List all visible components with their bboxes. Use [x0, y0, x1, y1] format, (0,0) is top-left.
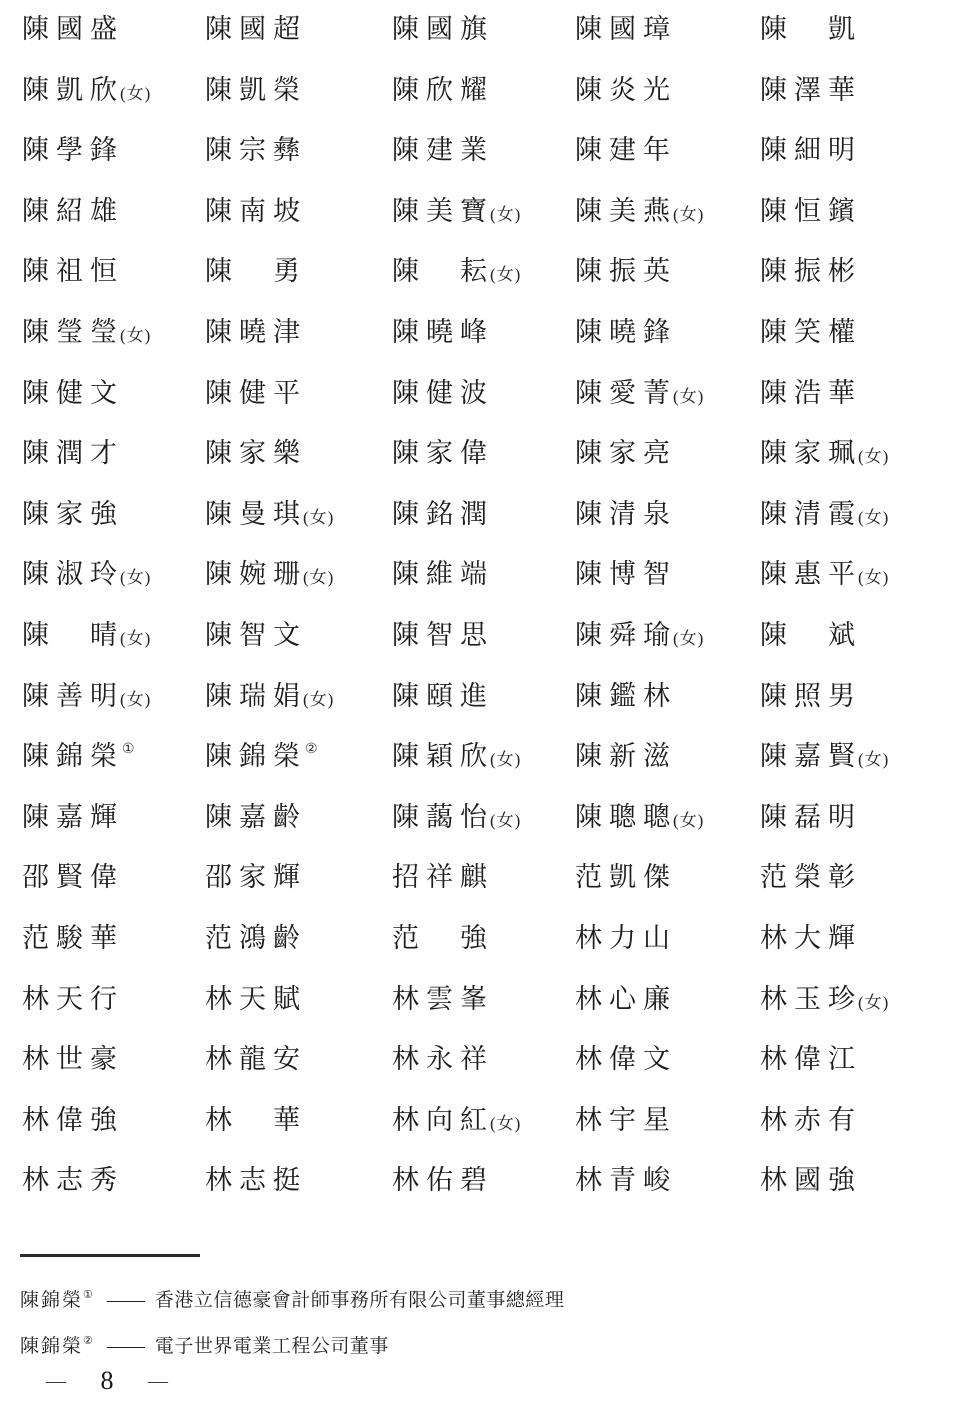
- name-cell: 陳家樂: [205, 440, 307, 467]
- person-name: 林偉江: [760, 1044, 862, 1074]
- person-name: 陳聰聰: [575, 802, 677, 832]
- name-cell: 陳維端: [392, 561, 494, 588]
- person-name: 陳家樂: [205, 438, 307, 468]
- name-cell: 林國強: [760, 1167, 862, 1194]
- gender-suffix: (女): [858, 447, 889, 466]
- gender-suffix: (女): [490, 265, 521, 284]
- person-name: 林大輝: [760, 923, 862, 953]
- gender-suffix: (女): [303, 690, 334, 709]
- footnote-dash: ——: [107, 1290, 145, 1311]
- person-name: 陳清霞: [760, 499, 862, 529]
- name-cell: 陳新滋: [575, 743, 677, 770]
- gender-suffix: (女): [673, 629, 704, 648]
- person-name: 陳健文: [22, 378, 124, 408]
- name-cell: 林天行: [22, 986, 124, 1013]
- name-cell: 陳學鋒: [22, 137, 124, 164]
- person-name: 陳新滋: [575, 741, 677, 771]
- gender-suffix: (女): [120, 568, 151, 587]
- footnote-text: 香港立信德豪會計師事務所有限公司董事總經理: [155, 1290, 565, 1311]
- person-name: 陳錦榮: [22, 741, 124, 771]
- person-name: 陳國盛: [22, 14, 124, 44]
- person-name: 林佑碧: [392, 1165, 494, 1195]
- name-cell: 陳曼琪(女): [205, 501, 334, 528]
- person-name: 林心廉: [575, 984, 677, 1014]
- person-name: 陳學鋒: [22, 135, 124, 165]
- person-name: 邵賢偉: [22, 862, 124, 892]
- person-name: 陳愛菁: [575, 378, 677, 408]
- gender-suffix: (女): [120, 84, 151, 103]
- name-cell: 陳澤華: [760, 77, 862, 104]
- person-name: 林國強: [760, 1165, 862, 1195]
- person-name: 陳家偉: [392, 438, 494, 468]
- person-name: 陳炎光: [575, 75, 677, 105]
- name-cell: 招祥麒: [392, 864, 494, 891]
- person-name: 林赤有: [760, 1105, 862, 1135]
- person-name: 陳銘潤: [392, 499, 494, 529]
- name-cell: 林天賦: [205, 986, 307, 1013]
- gender-suffix: (女): [303, 568, 334, 587]
- name-cell: 陳嘉賢(女): [760, 743, 889, 770]
- name-cell: 陳曉津: [205, 319, 307, 346]
- name-cell: 陳細明: [760, 137, 862, 164]
- person-name: 陳瑞娟: [205, 681, 307, 711]
- name-cell: 林心廉: [575, 986, 677, 1013]
- name-cell: 陳穎欣(女): [392, 743, 521, 770]
- person-name: 陳磊明: [760, 802, 862, 832]
- name-cell: 林志秀: [22, 1167, 124, 1194]
- person-name: 陳嘉輝: [22, 802, 124, 832]
- person-name: 陳紹雄: [22, 196, 124, 226]
- person-name: 陳維端: [392, 559, 494, 589]
- name-cell: 陳惠平(女): [760, 561, 889, 588]
- person-name: 陳 晴: [22, 620, 124, 650]
- person-name: 陳智思: [392, 620, 494, 650]
- name-cell: 陳愛菁(女): [575, 380, 704, 407]
- gender-suffix: (女): [490, 811, 521, 830]
- name-cell: 林赤有: [760, 1107, 862, 1134]
- name-cell: 陳南坡: [205, 198, 307, 225]
- name-cell: 林力山: [575, 925, 677, 952]
- person-name: 陳鑑林: [575, 681, 677, 711]
- name-cell: 陳欣耀: [392, 77, 494, 104]
- name-cell: 陳鑑林: [575, 683, 677, 710]
- name-cell: 林世豪: [22, 1046, 124, 1073]
- person-name: 陳曼琪: [205, 499, 307, 529]
- name-cell: 陳潤才: [22, 440, 124, 467]
- person-name: 林志秀: [22, 1165, 124, 1195]
- person-name: 陳國旗: [392, 14, 494, 44]
- name-cell: 陳家偉: [392, 440, 494, 467]
- person-name: 陳家強: [22, 499, 124, 529]
- name-cell: 陳銘潤: [392, 501, 494, 528]
- person-name: 陳南坡: [205, 196, 307, 226]
- name-cell: 范 強: [392, 925, 494, 952]
- person-name: 林天行: [22, 984, 124, 1014]
- person-name: 陳欣耀: [392, 75, 494, 105]
- person-name: 范駿華: [22, 923, 124, 953]
- name-cell: 陳曉峰: [392, 319, 494, 346]
- person-name: 陳潤才: [22, 438, 124, 468]
- gender-suffix: (女): [858, 993, 889, 1012]
- person-name: 林天賦: [205, 984, 307, 1014]
- footnotes: 陳錦榮①——香港立信德豪會計師事務所有限公司董事總經理 陳錦榮②——電子世界電業…: [20, 1254, 940, 1367]
- person-name: 林雲峯: [392, 984, 494, 1014]
- name-cell: 林龍安: [205, 1046, 307, 1073]
- name-cell: 陳國盛: [22, 16, 124, 43]
- person-name: 陳家亮: [575, 438, 677, 468]
- person-name: 陳笑權: [760, 317, 862, 347]
- person-name: 林青峻: [575, 1165, 677, 1195]
- gender-suffix: (女): [120, 629, 151, 648]
- name-cell: 陳清霞(女): [760, 501, 889, 528]
- name-cell: 陳凱榮: [205, 77, 307, 104]
- name-cell: 陳磊明: [760, 804, 862, 831]
- name-cell: 陳祖恒: [22, 258, 124, 285]
- page-number-footer: — 8 —: [46, 1366, 168, 1396]
- name-ref-mark: ②: [305, 742, 318, 757]
- name-cell: 范駿華: [22, 925, 124, 952]
- person-name: 陳博智: [575, 559, 677, 589]
- person-name: 范榮彰: [760, 862, 862, 892]
- name-cell: 陳健平: [205, 380, 307, 407]
- name-cell: 陳瑞娟(女): [205, 683, 334, 710]
- page-dash-right: —: [148, 1370, 168, 1393]
- name-cell: 陳嘉齡: [205, 804, 307, 831]
- person-name: 陳瑩瑩: [22, 317, 124, 347]
- name-cell: 林偉強: [22, 1107, 124, 1134]
- person-name: 林力山: [575, 923, 677, 953]
- name-cell: 邵賢偉: [22, 864, 124, 891]
- name-cell: 陳健波: [392, 380, 494, 407]
- footnote-line: 陳錦榮①——香港立信德豪會計師事務所有限公司董事總經理: [20, 1275, 940, 1321]
- person-name: 陳浩華: [760, 378, 862, 408]
- name-cell: 陳建年: [575, 137, 677, 164]
- person-name: 陳建年: [575, 135, 677, 165]
- person-name: 陳照男: [760, 681, 862, 711]
- name-cell: 林青峻: [575, 1167, 677, 1194]
- gender-suffix: (女): [120, 690, 151, 709]
- person-name: 陳婉珊: [205, 559, 307, 589]
- person-name: 招祥麒: [392, 862, 494, 892]
- name-cell: 陳 耘(女): [392, 258, 521, 285]
- person-name: 范鴻齡: [205, 923, 307, 953]
- name-cell: 林大輝: [760, 925, 862, 952]
- person-name: 陳清泉: [575, 499, 677, 529]
- name-cell: 林偉江: [760, 1046, 862, 1073]
- person-name: 陳錦榮: [205, 741, 307, 771]
- person-name: 林龍安: [205, 1044, 307, 1074]
- person-name: 陳善明: [22, 681, 124, 711]
- name-cell: 陳 勇: [205, 258, 307, 285]
- name-cell: 陳錦榮②: [205, 743, 318, 770]
- name-cell: 陳錦榮①: [22, 743, 135, 770]
- name-cell: 邵家輝: [205, 864, 307, 891]
- footnote-person-name: 陳錦榮: [20, 1336, 83, 1357]
- person-name: 陳國璋: [575, 14, 677, 44]
- gender-suffix: (女): [490, 205, 521, 224]
- name-cell: 陳婉珊(女): [205, 561, 334, 588]
- footnote-ref-mark: ①: [83, 1289, 93, 1301]
- name-cell: 陳凱欣(女): [22, 77, 151, 104]
- person-name: 陳凱榮: [205, 75, 307, 105]
- name-cell: 陳 斌: [760, 622, 862, 649]
- name-cell: 陳笑權: [760, 319, 862, 346]
- person-name: 陳淑玲: [22, 559, 124, 589]
- name-cell: 陳國超: [205, 16, 307, 43]
- name-cell: 陳博智: [575, 561, 677, 588]
- person-name: 林玉珍: [760, 984, 862, 1014]
- footnote-person-name: 陳錦榮: [20, 1290, 83, 1311]
- person-name: 陳 凱: [760, 14, 862, 44]
- person-name: 陳嘉齡: [205, 802, 307, 832]
- name-cell: 林 華: [205, 1107, 307, 1134]
- name-cell: 陳 晴(女): [22, 622, 151, 649]
- gender-suffix: (女): [490, 1114, 521, 1133]
- name-cell: 林志挺: [205, 1167, 307, 1194]
- gender-suffix: (女): [303, 508, 334, 527]
- name-cell: 范榮彰: [760, 864, 862, 891]
- person-name: 陳嘉賢: [760, 741, 862, 771]
- person-name: 林偉文: [575, 1044, 677, 1074]
- person-name: 陳建業: [392, 135, 494, 165]
- name-cell: 陳舜瑜(女): [575, 622, 704, 649]
- name-cell: 陳振彬: [760, 258, 862, 285]
- person-name: 范凱傑: [575, 862, 677, 892]
- person-name: 陳家珮: [760, 438, 862, 468]
- name-cell: 陳紹雄: [22, 198, 124, 225]
- name-cell: 陳家珮(女): [760, 440, 889, 467]
- name-cell: 陳恒鑌: [760, 198, 862, 225]
- person-name: 林永祥: [392, 1044, 494, 1074]
- gender-suffix: (女): [673, 387, 704, 406]
- gender-suffix: (女): [673, 205, 704, 224]
- name-cell: 陳智思: [392, 622, 494, 649]
- person-name: 陳 耘: [392, 256, 494, 286]
- person-name: 陳舜瑜: [575, 620, 677, 650]
- name-cell: 林宇星: [575, 1107, 677, 1134]
- footnote-text: 電子世界電業工程公司董事: [155, 1336, 389, 1357]
- person-name: 林向紅: [392, 1105, 494, 1135]
- person-name: 陳宗彝: [205, 135, 307, 165]
- name-ref-mark: ①: [122, 742, 135, 757]
- page-dash-left: —: [46, 1370, 66, 1393]
- person-name: 陳惠平: [760, 559, 862, 589]
- name-cell: 陳瑩瑩(女): [22, 319, 151, 346]
- person-name: 陳穎欣: [392, 741, 494, 771]
- name-cell: 陳美寶(女): [392, 198, 521, 225]
- gender-suffix: (女): [858, 750, 889, 769]
- name-cell: 陳善明(女): [22, 683, 151, 710]
- name-cell: 陳美燕(女): [575, 198, 704, 225]
- person-name: 陳恒鑌: [760, 196, 862, 226]
- gender-suffix: (女): [490, 750, 521, 769]
- person-name: 陳美燕: [575, 196, 677, 226]
- person-name: 陳祖恒: [22, 256, 124, 286]
- gender-suffix: (女): [858, 568, 889, 587]
- person-name: 陳國超: [205, 14, 307, 44]
- name-cell: 林偉文: [575, 1046, 677, 1073]
- name-cell: 陳 凱: [760, 16, 862, 43]
- person-name: 陳澤華: [760, 75, 862, 105]
- name-cell: 陳智文: [205, 622, 307, 649]
- name-cell: 陳宗彝: [205, 137, 307, 164]
- names-grid: 陳國盛陳國超陳國旗陳國璋陳 凱陳凱欣(女)陳凱榮陳欣耀陳炎光陳澤華陳學鋒陳宗彝陳…: [0, 0, 959, 1240]
- name-cell: 陳藹怡(女): [392, 804, 521, 831]
- name-cell: 陳清泉: [575, 501, 677, 528]
- gender-suffix: (女): [858, 508, 889, 527]
- person-name: 陳健平: [205, 378, 307, 408]
- person-name: 陳頤進: [392, 681, 494, 711]
- footnote-line: 陳錦榮②——電子世界電業工程公司董事: [20, 1321, 940, 1367]
- person-name: 陳 勇: [205, 256, 307, 286]
- person-name: 范 強: [392, 923, 494, 953]
- name-cell: 陳頤進: [392, 683, 494, 710]
- person-name: 陳曉峰: [392, 317, 494, 347]
- name-cell: 陳淑玲(女): [22, 561, 151, 588]
- name-cell: 陳家亮: [575, 440, 677, 467]
- name-cell: 陳國旗: [392, 16, 494, 43]
- name-cell: 陳健文: [22, 380, 124, 407]
- person-name: 林志挺: [205, 1165, 307, 1195]
- name-cell: 林雲峯: [392, 986, 494, 1013]
- name-cell: 陳嘉輝: [22, 804, 124, 831]
- gender-suffix: (女): [673, 811, 704, 830]
- person-name: 陳曉鋒: [575, 317, 677, 347]
- person-name: 林世豪: [22, 1044, 124, 1074]
- name-cell: 范凱傑: [575, 864, 677, 891]
- person-name: 陳美寶: [392, 196, 494, 226]
- name-cell: 陳照男: [760, 683, 862, 710]
- name-cell: 陳浩華: [760, 380, 862, 407]
- name-cell: 范鴻齡: [205, 925, 307, 952]
- name-cell: 陳炎光: [575, 77, 677, 104]
- person-name: 陳 斌: [760, 620, 862, 650]
- name-cell: 陳家強: [22, 501, 124, 528]
- name-cell: 陳振英: [575, 258, 677, 285]
- name-cell: 林永祥: [392, 1046, 494, 1073]
- person-name: 陳健波: [392, 378, 494, 408]
- footnote-ref-mark: ②: [83, 1335, 93, 1347]
- gender-suffix: (女): [120, 326, 151, 345]
- person-name: 邵家輝: [205, 862, 307, 892]
- name-cell: 陳聰聰(女): [575, 804, 704, 831]
- person-name: 林偉強: [22, 1105, 124, 1135]
- name-cell: 林佑碧: [392, 1167, 494, 1194]
- person-name: 陳振彬: [760, 256, 862, 286]
- person-name: 林宇星: [575, 1105, 677, 1135]
- name-cell: 陳建業: [392, 137, 494, 164]
- footnote-dash: ——: [107, 1336, 145, 1357]
- person-name: 陳振英: [575, 256, 677, 286]
- person-name: 陳細明: [760, 135, 862, 165]
- person-name: 林 華: [205, 1105, 307, 1135]
- footnote-rule: [20, 1254, 200, 1257]
- page-number: 8: [101, 1366, 114, 1396]
- person-name: 陳藹怡: [392, 802, 494, 832]
- name-cell: 林向紅(女): [392, 1107, 521, 1134]
- name-cell: 陳國璋: [575, 16, 677, 43]
- person-name: 陳曉津: [205, 317, 307, 347]
- name-cell: 陳曉鋒: [575, 319, 677, 346]
- person-name: 陳凱欣: [22, 75, 124, 105]
- name-cell: 林玉珍(女): [760, 986, 889, 1013]
- person-name: 陳智文: [205, 620, 307, 650]
